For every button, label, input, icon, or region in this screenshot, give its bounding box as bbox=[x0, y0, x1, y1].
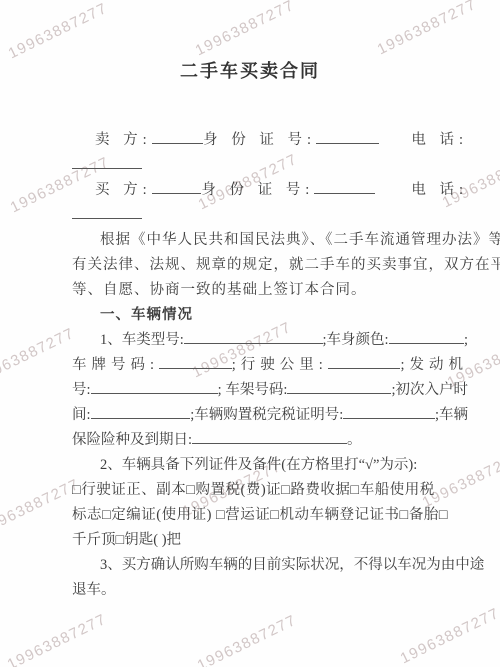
text-segment: □行驶证正、副本□购置税(费)证□路费收据□车船使用税 bbox=[72, 482, 435, 498]
text-segment: 有关法律、法规、规章的规定，就二手车的买卖事宜，双方在平 bbox=[72, 257, 500, 273]
preamble-line-1: 根据《中华人民共和国民法典》、《二手车流通管理办法》等 bbox=[72, 228, 468, 253]
blank-underline bbox=[343, 414, 435, 419]
text-segment: 千斤顶□钥匙( )把 bbox=[72, 532, 181, 548]
buyer-row: 买 方:身 份 证 号:电 话: bbox=[72, 178, 468, 203]
blank-underline bbox=[152, 189, 202, 194]
text-segment: 根据《中华人民共和国民法典》、《二手车流通管理办法》等 bbox=[100, 232, 500, 248]
certificates-line-1: □行驶证正、副本□购置税(费)证□路费收据□车船使用税 bbox=[72, 478, 468, 503]
text-segment: ;初次入户时 bbox=[391, 378, 468, 403]
text-segment: ;车辆 bbox=[435, 403, 468, 428]
certificates-line-2: 标志□定编证(使用证) □营运证□机动车辆登记证书□备胎□ bbox=[72, 503, 468, 528]
text-segment: 号: bbox=[72, 378, 91, 403]
text-segment: 身 份 证 号: bbox=[203, 128, 316, 153]
blank-underline bbox=[72, 214, 142, 219]
preamble-line-2: 有关法律、法规、规章的规定，就二手车的买卖事宜，双方在平 bbox=[72, 253, 468, 278]
text-segment: 2、车辆具备下列证件及备件(在方格里打“√”为示): bbox=[100, 457, 417, 473]
preamble-line-3: 等、自愿、协商一致的基础上签订本合同。 bbox=[72, 278, 468, 303]
text-segment: ;行驶公里: bbox=[232, 353, 328, 378]
blank-underline bbox=[72, 164, 142, 169]
vehicle-info-line-4: 间:;车辆购置税完税证明号:;车辆 bbox=[72, 403, 468, 428]
watermark-text: 19963887277 bbox=[0, 476, 82, 539]
vehicle-info-line-3: 号:; 车架号码:;初次入户时 bbox=[72, 378, 468, 403]
gap bbox=[379, 143, 411, 144]
text-segment: 一、车辆情况 bbox=[100, 307, 193, 323]
document-title: 二手车买卖合同 bbox=[0, 57, 500, 83]
text-segment: ;发动机 bbox=[400, 353, 468, 378]
vehicle-info-line-5: 保险险种及到期日:。 bbox=[72, 428, 468, 453]
text-segment: 等、自愿、协商一致的基础上签订本合同。 bbox=[72, 282, 367, 298]
vehicle-info-line-2: 车牌号码:;行驶公里:;发动机 bbox=[72, 353, 468, 378]
watermark-text: 19963887277 bbox=[195, 612, 300, 667]
watermark-text: 19963887277 bbox=[5, 611, 110, 667]
blank-underline bbox=[152, 139, 203, 144]
blank-underline bbox=[314, 189, 375, 194]
certificates-heading: 2、车辆具备下列证件及备件(在方格里打“√”为示): bbox=[72, 453, 468, 478]
blank-underline bbox=[328, 364, 401, 369]
document-body: 卖 方:身 份 证 号:电 话:买 方:身 份 证 号:电 话:根据《中华人民共… bbox=[72, 128, 468, 603]
text-segment: 3、买方确认所购车辆的目前实际状况，不得以车况为由中途 bbox=[100, 557, 484, 573]
text-segment: ;车身颜色: bbox=[323, 328, 389, 353]
text-segment: 卖 方: bbox=[95, 128, 152, 153]
text-segment: ;车辆购置税完税证明号: bbox=[190, 403, 343, 428]
seller-row: 卖 方:身 份 证 号:电 话: bbox=[72, 128, 468, 153]
blank-underline bbox=[184, 339, 323, 344]
text-segment: 买 方: bbox=[95, 178, 152, 203]
text-segment: ; bbox=[464, 328, 468, 353]
condition-clause-line-1: 3、买方确认所购车辆的目前实际状况，不得以车况为由中途 bbox=[72, 553, 468, 578]
certificates-line-3: 千斤顶□钥匙( )把 bbox=[72, 528, 468, 553]
seller-row-continuation bbox=[72, 153, 468, 178]
condition-clause-line-2: 退车。 bbox=[72, 578, 468, 603]
watermark-text: 19963887277 bbox=[0, 325, 77, 388]
text-segment: 。 bbox=[347, 432, 362, 448]
text-segment: 车牌号码: bbox=[72, 353, 159, 378]
vehicle-info-line-1: 1、车类型号:;车身颜色:; bbox=[72, 328, 468, 353]
text-segment: ; 车架号码: bbox=[218, 378, 288, 403]
watermark-text: 19963887277 bbox=[193, 0, 298, 59]
contract-page: 1996388727719963887277199638872771996388… bbox=[0, 0, 500, 667]
buyer-row-continuation bbox=[72, 203, 468, 228]
section-heading-1: 一、车辆情况 bbox=[72, 303, 468, 328]
text-segment: 身 份 证 号: bbox=[201, 178, 314, 203]
blank-underline bbox=[287, 389, 391, 394]
watermark-text: 19963887277 bbox=[398, 605, 500, 667]
text-segment: 间: bbox=[72, 403, 91, 428]
text-segment: 1、车类型号: bbox=[100, 328, 184, 353]
blank-underline bbox=[192, 439, 347, 444]
text-segment: 电 话: bbox=[411, 178, 468, 203]
text-segment: 退车。 bbox=[72, 582, 116, 598]
blank-underline bbox=[159, 364, 232, 369]
blank-underline bbox=[316, 139, 379, 144]
text-segment: 标志□定编证(使用证) □营运证□机动车辆登记证书□备胎□ bbox=[72, 507, 448, 523]
text-segment: 保险险种及到期日: bbox=[72, 432, 192, 448]
blank-underline bbox=[91, 414, 191, 419]
gap bbox=[375, 193, 411, 194]
text-segment: 电 话: bbox=[411, 128, 468, 153]
blank-underline bbox=[389, 339, 464, 344]
watermark-text: 19963887277 bbox=[6, 0, 111, 62]
watermark-text: 19963887277 bbox=[375, 0, 480, 58]
blank-underline bbox=[91, 389, 218, 394]
